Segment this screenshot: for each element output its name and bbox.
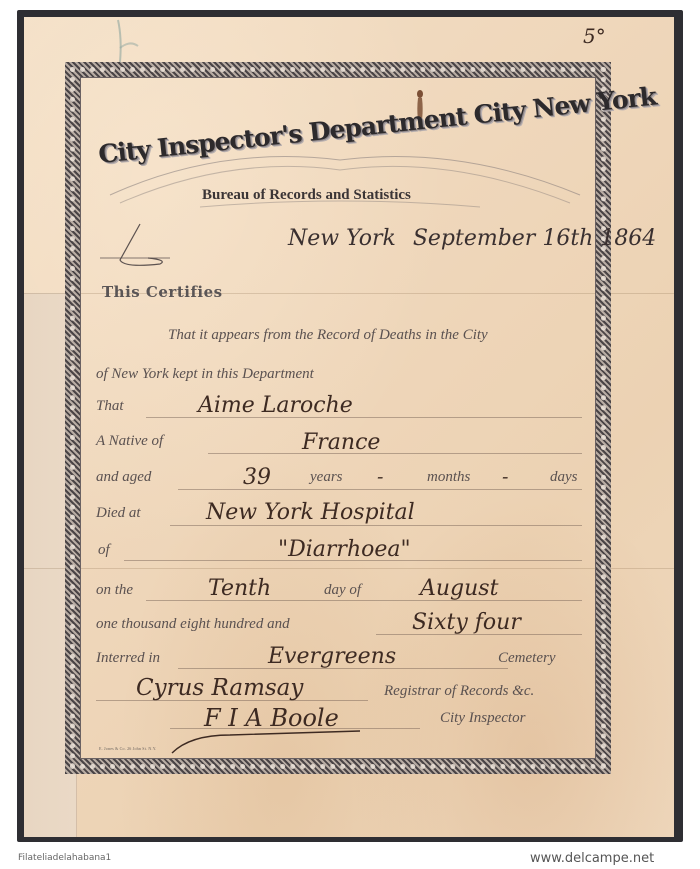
age-months: - (377, 466, 383, 488)
cemetery-label: Cemetery (498, 650, 555, 667)
year-label: one thousand eight hundred and (96, 616, 290, 633)
date: September 16th 1864 (413, 226, 657, 251)
header-subtitle: Bureau of Records and Statistics (202, 187, 411, 204)
years-label: years (310, 469, 343, 486)
printer-imprint: E. Jones & Co. 26 John St. N.Y. (99, 746, 156, 751)
that-label: That (96, 398, 124, 415)
seller-watermark: Filateliadelahabana1 (18, 853, 111, 863)
age-days: - (502, 466, 508, 488)
death-day: Tenth (208, 576, 271, 601)
died-at-rule (170, 525, 582, 526)
aged-label: and aged (96, 469, 151, 486)
age-years: 39 (243, 465, 271, 490)
inspector-title: City Inspector (440, 710, 525, 727)
signature-underline-flourish (170, 725, 370, 755)
date-place-line: New York September 16th 1864 (288, 226, 656, 251)
corner-note: 5° (583, 24, 606, 48)
registrar-signature: Cyrus Ramsay (136, 675, 303, 701)
native-of-value: France (302, 430, 380, 455)
pencil-flourish (100, 222, 190, 282)
days-label: days (550, 469, 578, 486)
cause-of-label: of (98, 542, 110, 559)
months-label: months (427, 469, 470, 486)
death-year-words: Sixty four (412, 610, 521, 635)
native-of-label: A Native of (96, 433, 163, 450)
site-watermark: www.delcampe.net (530, 851, 654, 866)
deceased-name: Aime Laroche (198, 393, 353, 418)
registrar-title: Registrar of Records &c. (384, 683, 534, 700)
cemetery-name: Evergreens (268, 644, 396, 669)
died-at-value: New York Hospital (206, 500, 415, 525)
this-certifies-label: This Certifies (102, 283, 223, 301)
preamble-line-1: That it appears from the Record of Death… (168, 327, 488, 344)
preamble-line-2: of New York kept in this Department (96, 366, 314, 383)
ink-mark (108, 18, 148, 68)
native-of-rule (208, 453, 582, 454)
death-month: August (420, 576, 498, 601)
died-at-label: Died at (96, 505, 141, 522)
on-the-label: on the (96, 582, 133, 599)
day-of-label: day of (324, 582, 361, 599)
interred-label: Interred in (96, 650, 160, 667)
aged-rule (178, 489, 582, 490)
place: New York (288, 226, 396, 251)
cause-of-death: "Diarrhoea" (278, 537, 411, 562)
